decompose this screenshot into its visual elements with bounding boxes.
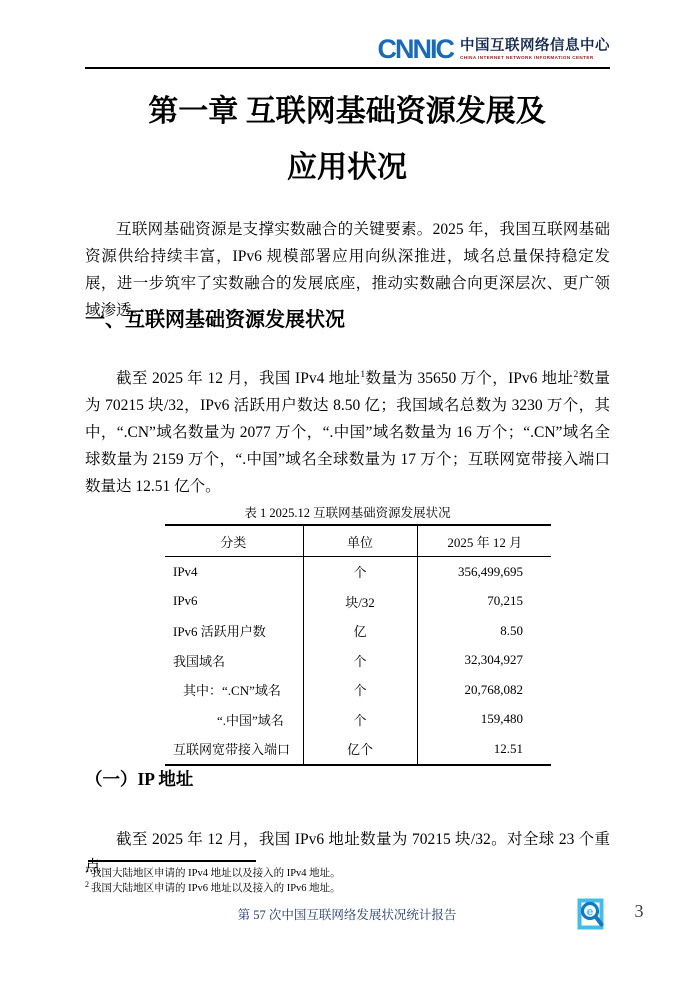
report-magnifier-e-icon: e: [576, 897, 608, 931]
row-unit: 亿个: [303, 734, 417, 765]
row-value: 70,215: [417, 587, 551, 617]
row-unit: 亿: [303, 616, 417, 646]
table-row: 互联网宽带接入端口 亿个 12.51: [165, 734, 551, 765]
footnotes: 1我国大陆地区申请的 IPv4 地址以及接入的 IPv4 地址。 2我国大陆地区…: [85, 866, 610, 896]
footnote-divider: [88, 860, 256, 862]
row-category: IPv4: [165, 557, 303, 587]
row-value: 356,499,695: [417, 557, 551, 587]
chapter-title: 第一章 互联网基础资源发展及 应用状况: [0, 84, 694, 196]
row-value: 32,304,927: [417, 646, 551, 676]
footnote-2-marker: 2: [85, 880, 89, 889]
row-category: 其中：“.CN”域名: [165, 675, 303, 705]
row-category: 我国域名: [165, 646, 303, 676]
table-row: “.中国”域名 个 159,480: [165, 705, 551, 735]
cnnic-wordmark: CNNIC: [378, 37, 454, 61]
document-page: CNNIC 中国互联网络信息中心 CHINA INTERNET NETWORK …: [0, 0, 694, 982]
resources-table: 分类 单位 2025 年 12 月 IPv4 个 356,499,695 IPv…: [165, 524, 551, 766]
row-category: IPv6: [165, 587, 303, 617]
subsection-heading: （一）IP 地址: [85, 766, 193, 791]
row-unit: 块/32: [303, 587, 417, 617]
org-name-en: CHINA INTERNET NETWORK INFORMATION CENTE…: [460, 55, 610, 60]
page-number: 3: [626, 901, 652, 922]
section-paragraph: 截至 2025 年 12 月，我国 IPv4 地址1数量为 35650 万个，I…: [85, 365, 610, 500]
svg-text:e: e: [587, 905, 594, 919]
table-row: 我国域名 个 32,304,927: [165, 646, 551, 676]
chapter-title-line1: 第一章 互联网基础资源发展及: [0, 84, 694, 140]
section-paragraph-seg2: 数量为 35650 万个，IPv6 地址: [365, 370, 573, 387]
table-header-value: 2025 年 12 月: [417, 525, 551, 557]
row-value: 20,768,082: [417, 675, 551, 705]
table-header-unit: 单位: [303, 525, 417, 557]
row-category: “.中国”域名: [165, 705, 303, 735]
table-header-row: 分类 单位 2025 年 12 月: [165, 525, 551, 557]
section-paragraph-seg3: 数量为 70215 块/32，IPv6 活跃用户数达 8.50 亿；我国域名总数…: [85, 370, 610, 495]
org-name-cn: 中国互联网络信息中心: [460, 38, 610, 54]
table-row: 其中：“.CN”域名 个 20,768,082: [165, 675, 551, 705]
cnnic-org-names: 中国互联网络信息中心 CHINA INTERNET NETWORK INFORM…: [460, 38, 610, 60]
row-value: 8.50: [417, 616, 551, 646]
footnote-1-marker: 1: [85, 865, 89, 874]
table-header-category: 分类: [165, 525, 303, 557]
row-unit: 个: [303, 557, 417, 587]
table-row: IPv6 块/32 70,215: [165, 587, 551, 617]
row-unit: 个: [303, 705, 417, 735]
row-category: IPv6 活跃用户数: [165, 616, 303, 646]
table-caption: 表 1 2025.12 互联网基础资源发展状况: [85, 503, 610, 521]
chapter-title-line2: 应用状况: [0, 140, 694, 196]
row-category: 互联网宽带接入端口: [165, 734, 303, 765]
row-value: 12.51: [417, 734, 551, 765]
footnote-1-text: 我国大陆地区申请的 IPv4 地址以及接入的 IPv4 地址。: [91, 868, 341, 879]
footnote-1: 1我国大陆地区申请的 IPv4 地址以及接入的 IPv4 地址。: [85, 866, 610, 881]
row-unit: 个: [303, 646, 417, 676]
footnote-2: 2我国大陆地区申请的 IPv6 地址以及接入的 IPv6 地址。: [85, 881, 610, 896]
table-row: IPv6 活跃用户数 亿 8.50: [165, 616, 551, 646]
table-row: IPv4 个 356,499,695: [165, 557, 551, 587]
footnote-2-text: 我国大陆地区申请的 IPv6 地址以及接入的 IPv6 地址。: [91, 883, 341, 894]
cnnic-logo: CNNIC 中国互联网络信息中心 CHINA INTERNET NETWORK …: [378, 37, 611, 61]
header-divider: [85, 67, 610, 69]
row-value: 159,480: [417, 705, 551, 735]
row-unit: 个: [303, 675, 417, 705]
section-heading: 一、互联网基础资源发展状况: [85, 303, 345, 332]
section-paragraph-seg1: 截至 2025 年 12 月，我国 IPv4 地址: [116, 370, 360, 387]
